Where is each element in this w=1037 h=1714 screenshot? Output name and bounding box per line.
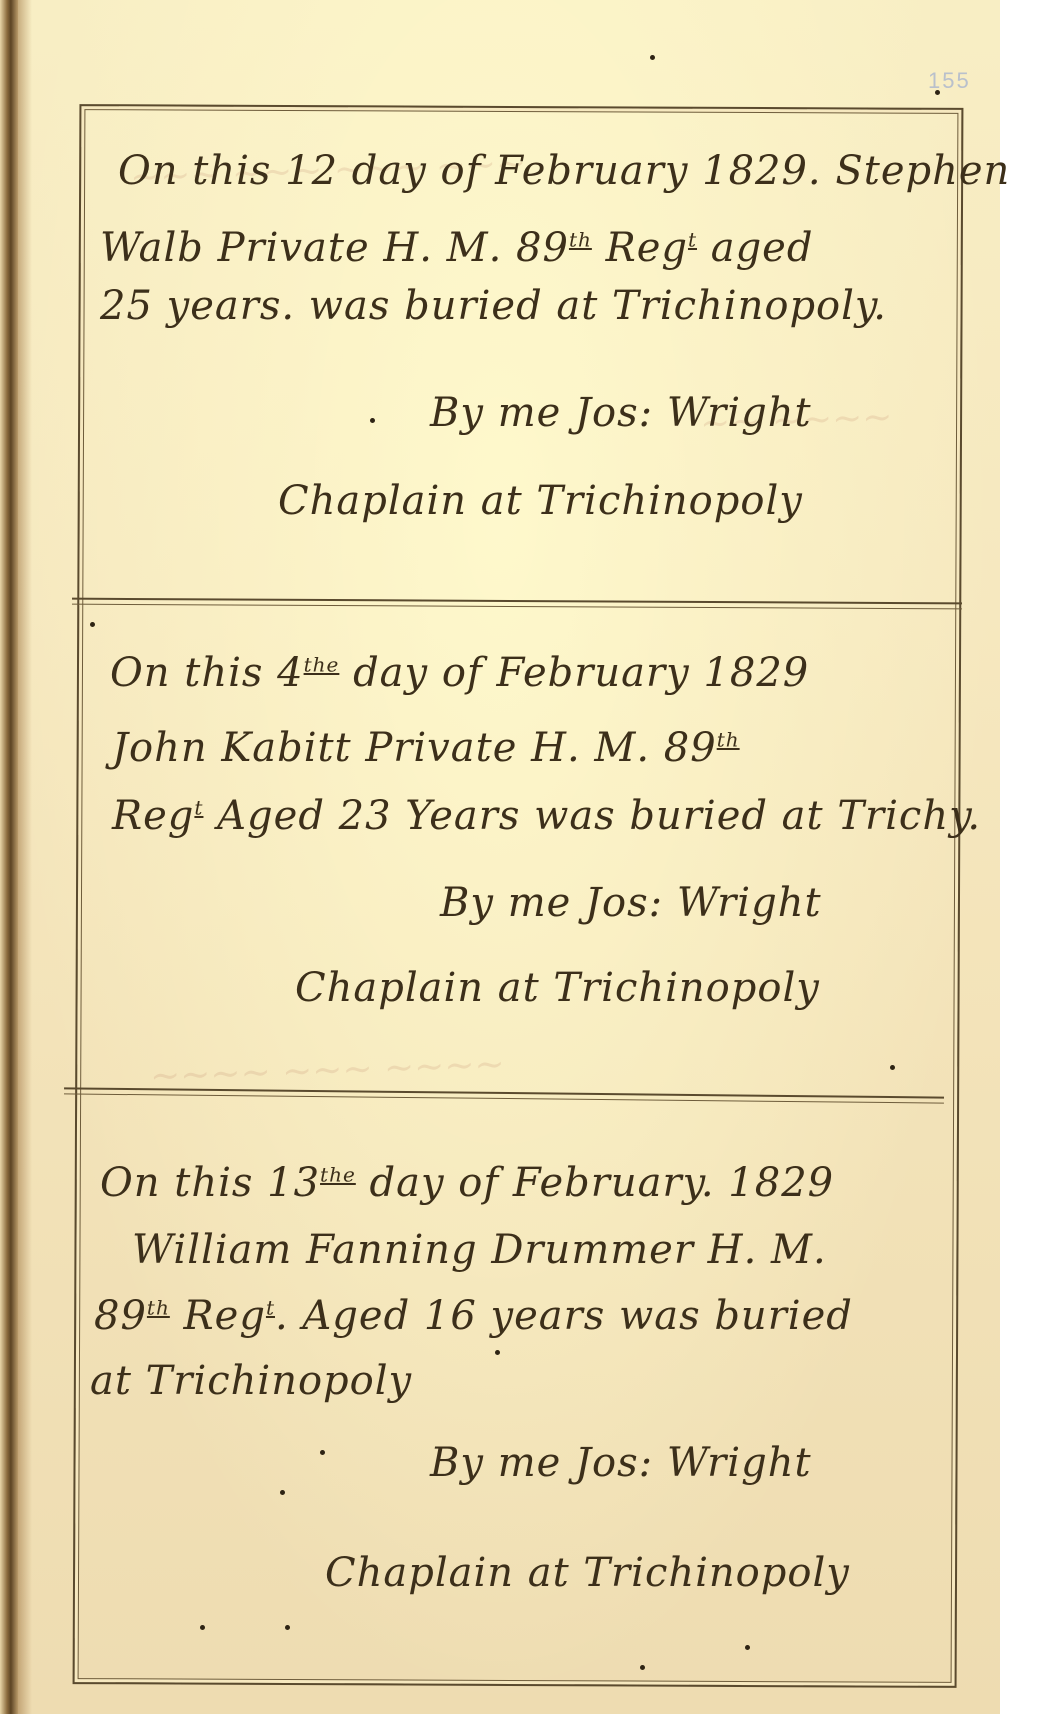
entry-2-chaplain-title: Chaplain at Trichinopoly <box>295 965 820 1011</box>
ink-speck <box>745 1645 750 1650</box>
entry-3-line-1: On this 13the day of February. 1829 <box>100 1160 834 1206</box>
ink-speck <box>280 1490 285 1495</box>
entry-3-chaplain-title: Chaplain at Trichinopoly <box>325 1550 850 1596</box>
ink-speck <box>935 90 940 95</box>
ink-speck <box>285 1625 290 1630</box>
page-edge-background <box>1000 0 1037 1714</box>
ink-speck <box>640 1665 645 1670</box>
gutter-shadow <box>18 0 32 1714</box>
page-number: 155 <box>928 68 971 94</box>
entry-1-line-1: On this 12 day of February 1829. Stephen <box>118 148 1010 194</box>
entry-3-line-3: 89th Regt. Aged 16 years was buried <box>94 1293 853 1339</box>
entry-1-line-2: Walb Private H. M. 89th Regt aged <box>100 225 813 271</box>
entry-3-line-2: William Fanning Drummer H. M. <box>132 1227 827 1273</box>
ink-speck <box>890 1065 895 1070</box>
entry-2-line-1: On this 4the day of February 1829 <box>110 650 809 696</box>
entry-1-line-3: 25 years. was buried at Trichinopoly. <box>100 283 887 329</box>
entry-1-chaplain-title: Chaplain at Trichinopoly <box>278 478 803 524</box>
entry-3-signature: By me Jos: Wright <box>430 1440 812 1486</box>
ink-speck <box>90 622 95 627</box>
entry-1-signature: By me Jos: Wright <box>430 390 812 436</box>
entry-2-line-2: John Kabitt Private H. M. 89th <box>112 725 740 771</box>
ink-speck <box>495 1350 500 1355</box>
entry-2-signature: By me Jos: Wright <box>440 880 822 926</box>
entry-2-line-3: Regt Aged 23 Years was buried at Trichy. <box>112 793 981 839</box>
ink-speck <box>320 1450 325 1455</box>
ink-speck <box>370 418 375 423</box>
ink-speck <box>650 55 655 60</box>
entry-3-line-4: at Trichinopoly <box>90 1358 412 1404</box>
book-binding <box>0 0 18 1714</box>
ink-speck <box>200 1625 205 1630</box>
